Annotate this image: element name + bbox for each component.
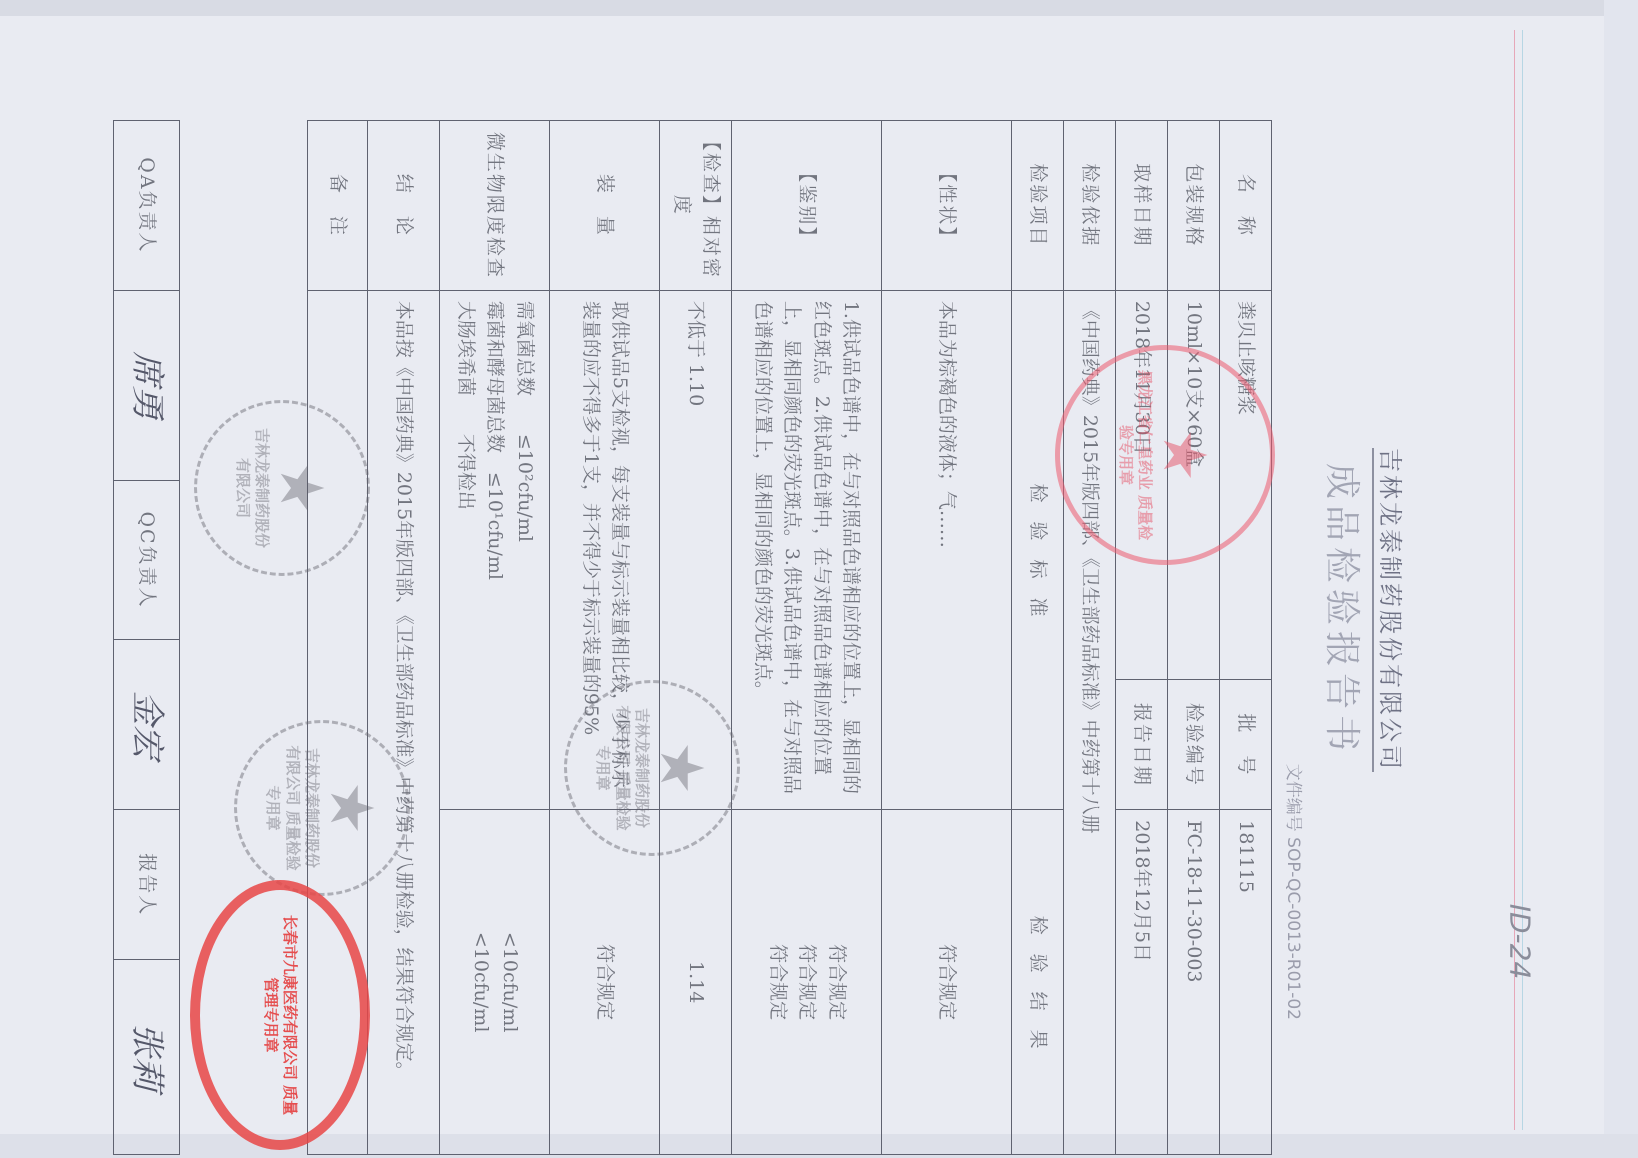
gray-stamp-middle-text: 吉林龙泰制药股份有限公司 质量检验专用章 [594, 705, 651, 830]
company-text: 吉林龙泰制药股份有限公司 [1372, 448, 1404, 772]
report-date-value: 2018年12月5日 [1116, 810, 1168, 1155]
item-microbial: 微生物限度检查 [440, 121, 550, 291]
gray-stamp-middle: ★吉林龙泰制药股份有限公司 质量检验专用章 [564, 680, 740, 856]
item-appearance: 【性状】 [882, 121, 1012, 291]
standard-appearance: 本品为棕褐色的液体；气…… [882, 290, 1012, 809]
item-fill-volume: 装 量 [550, 121, 660, 291]
qc-label: QC负责人 [114, 480, 180, 640]
row-fill-volume: 装 量 取供试品5支检视，每支装量与标示装量相比较，少于标示装量的应不得多于1支… [550, 121, 660, 1155]
row-name: 名 称 粪贝止咳糖浆 批 号 181115 [1220, 121, 1272, 1155]
red-round-stamp: ★黑龙江省仁皇药业 质量检验专用章 [1055, 345, 1275, 565]
test-no-value: FC-18-11-30-003 [1168, 810, 1220, 1155]
gray-stamp-left-text: 吉林龙泰制药股份有限公司 [234, 428, 272, 548]
gray-stamp-bottom-text: 吉林龙泰制药股份有限公司 质量检验专用章 [264, 745, 321, 870]
result-density: 1.14 [660, 810, 732, 1155]
microbial-sub-3: 大肠埃希菌 不得检出 [450, 301, 479, 799]
microbial-label-1: 需氧菌总数 [514, 301, 536, 396]
microbial-label-2: 霉菌和酵母菌总数 [484, 301, 506, 453]
document-number: 文件编号 SOP-QC-0013-R01-02 [1283, 764, 1308, 1020]
standard-identification: 1.供试品色谱中，在与对照品色谱相应的位置上，显相同的红色斑点。2.供试品色谱中… [732, 290, 882, 809]
signature-row: QA负责人 席勇 QC负责人 金宏 报告人 张莉 [114, 121, 180, 1155]
star-icon: ★ [1155, 368, 1215, 542]
conclusion-label: 结 论 [368, 121, 440, 291]
microbial-label-3: 大肠埃希菌 [455, 301, 477, 396]
row-appearance: 【性状】 本品为棕褐色的液体；气…… 符合规定 [882, 121, 1012, 1155]
inspection-table: 名 称 粪贝止咳糖浆 批 号 181115 包装规格 10ml×10支×60盒 … [307, 120, 1272, 1155]
result-identification-3: 符合规定 [762, 820, 791, 1144]
scan-edge-right [1604, 0, 1638, 1158]
batch-value: 181115 [1220, 810, 1272, 1155]
qa-label: QA负责人 [114, 121, 180, 291]
star-icon: ★ [321, 741, 381, 875]
report-title: 成品检验报告书 [1319, 170, 1370, 1050]
scan-edge-top [0, 0, 1638, 16]
result-identification: 符合规定 符合规定 符合规定 [732, 810, 882, 1155]
report-date-label: 报告日期 [1116, 680, 1168, 810]
basis-label: 检验依据 [1064, 121, 1116, 291]
name-label: 名 称 [1220, 121, 1272, 291]
signature-table: QA负责人 席勇 QC负责人 金宏 报告人 张莉 [113, 120, 180, 1155]
star-icon: ★ [651, 701, 711, 835]
test-no-label: 检验编号 [1168, 680, 1220, 810]
row-density: 【检查】相对密度 不低于 1.10 1.14 [660, 121, 732, 1155]
result-fill-volume: 符合规定 [550, 810, 660, 1155]
row-spec: 包装规格 10ml×10支×60盒 检验编号 FC-18-11-30-003 [1168, 121, 1220, 1155]
red-stamp-text: 黑龙江省仁皇药业 质量检验专用章 [1117, 370, 1155, 540]
item-identification: 【鉴别】 [732, 121, 882, 291]
microbial-limit-2: ≤10¹cfu/ml [484, 472, 506, 580]
row-conclusion: 结 论 本品按《中国药典》2015年版四部、《卫生部药品标准》中药第十八册检验，… [368, 121, 440, 1155]
sample-date-label: 取样日期 [1116, 121, 1168, 291]
result-microbial: <10cfu/ml <10cfu/ml [440, 810, 550, 1155]
col-standard: 检 验 标 准 [1012, 290, 1064, 809]
star-icon: ★ [272, 421, 332, 555]
col-item: 检验项目 [1012, 121, 1064, 291]
microbial-result-1: <10cfu/ml [495, 820, 524, 1144]
red-oval-stamp: 长春市九康医药有限公司 质量管理专用章 [190, 880, 370, 1150]
qc-signature: 金宏 [114, 640, 180, 810]
microbial-sub-1: 需氧菌总数 ≤10²cfu/ml [509, 301, 538, 799]
row-identification: 【鉴别】 1.供试品色谱中，在与对照品色谱相应的位置上，显相同的红色斑点。2.供… [732, 121, 882, 1155]
microbial-limit-3: 不得检出 [455, 434, 477, 510]
row-dates: 取样日期 2018年11月30日 报告日期 2018年12月5日 [1116, 121, 1168, 1155]
gray-stamp-bottom: ★吉林龙泰制药股份有限公司 质量检验专用章 [234, 720, 410, 896]
reporter-label: 报告人 [114, 810, 180, 960]
company-name: 吉林龙泰制药股份有限公司 [1375, 170, 1410, 1050]
result-appearance: 符合规定 [882, 810, 1012, 1155]
gray-stamp-left: ★吉林龙泰制药股份有限公司 [194, 400, 370, 576]
microbial-limit-1: ≤10²cfu/ml [514, 434, 536, 542]
qa-signature: 席勇 [114, 290, 180, 480]
red-oval-stamp-text: 长春市九康医药有限公司 质量管理专用章 [243, 890, 318, 1140]
col-result: 检 验 结 果 [1012, 810, 1064, 1155]
row-basis: 检验依据 《中国药典》2015年版四部、《卫生部药品标准》中药第十八册 [1064, 121, 1116, 1155]
standard-microbial: 需氧菌总数 ≤10²cfu/ml 霉菌和酵母菌总数 ≤10¹cfu/ml 大肠埃… [440, 290, 550, 809]
result-identification-2: 符合规定 [792, 820, 821, 1144]
margin-handwritten-note: ID-24 [1503, 904, 1536, 980]
microbial-sub-2: 霉菌和酵母菌总数 ≤10¹cfu/ml [480, 301, 509, 799]
spec-label: 包装规格 [1168, 121, 1220, 291]
result-identification-1: 符合规定 [821, 820, 850, 1144]
batch-label: 批 号 [1220, 680, 1272, 810]
report-page: 吉林龙泰制药股份有限公司 成品检验报告书 文件编号 SOP-QC-0013-R0… [90, 110, 1430, 1110]
item-density: 【检查】相对密度 [660, 121, 732, 291]
row-column-headers: 检验项目 检 验 标 准 检 验 结 果 [1012, 121, 1064, 1155]
microbial-result-2: <10cfu/ml [465, 820, 494, 1144]
reporter-signature: 张莉 [114, 960, 180, 1155]
remarks-label: 备 注 [308, 121, 368, 291]
row-microbial: 微生物限度检查 需氧菌总数 ≤10²cfu/ml 霉菌和酵母菌总数 ≤10¹cf… [440, 121, 550, 1155]
